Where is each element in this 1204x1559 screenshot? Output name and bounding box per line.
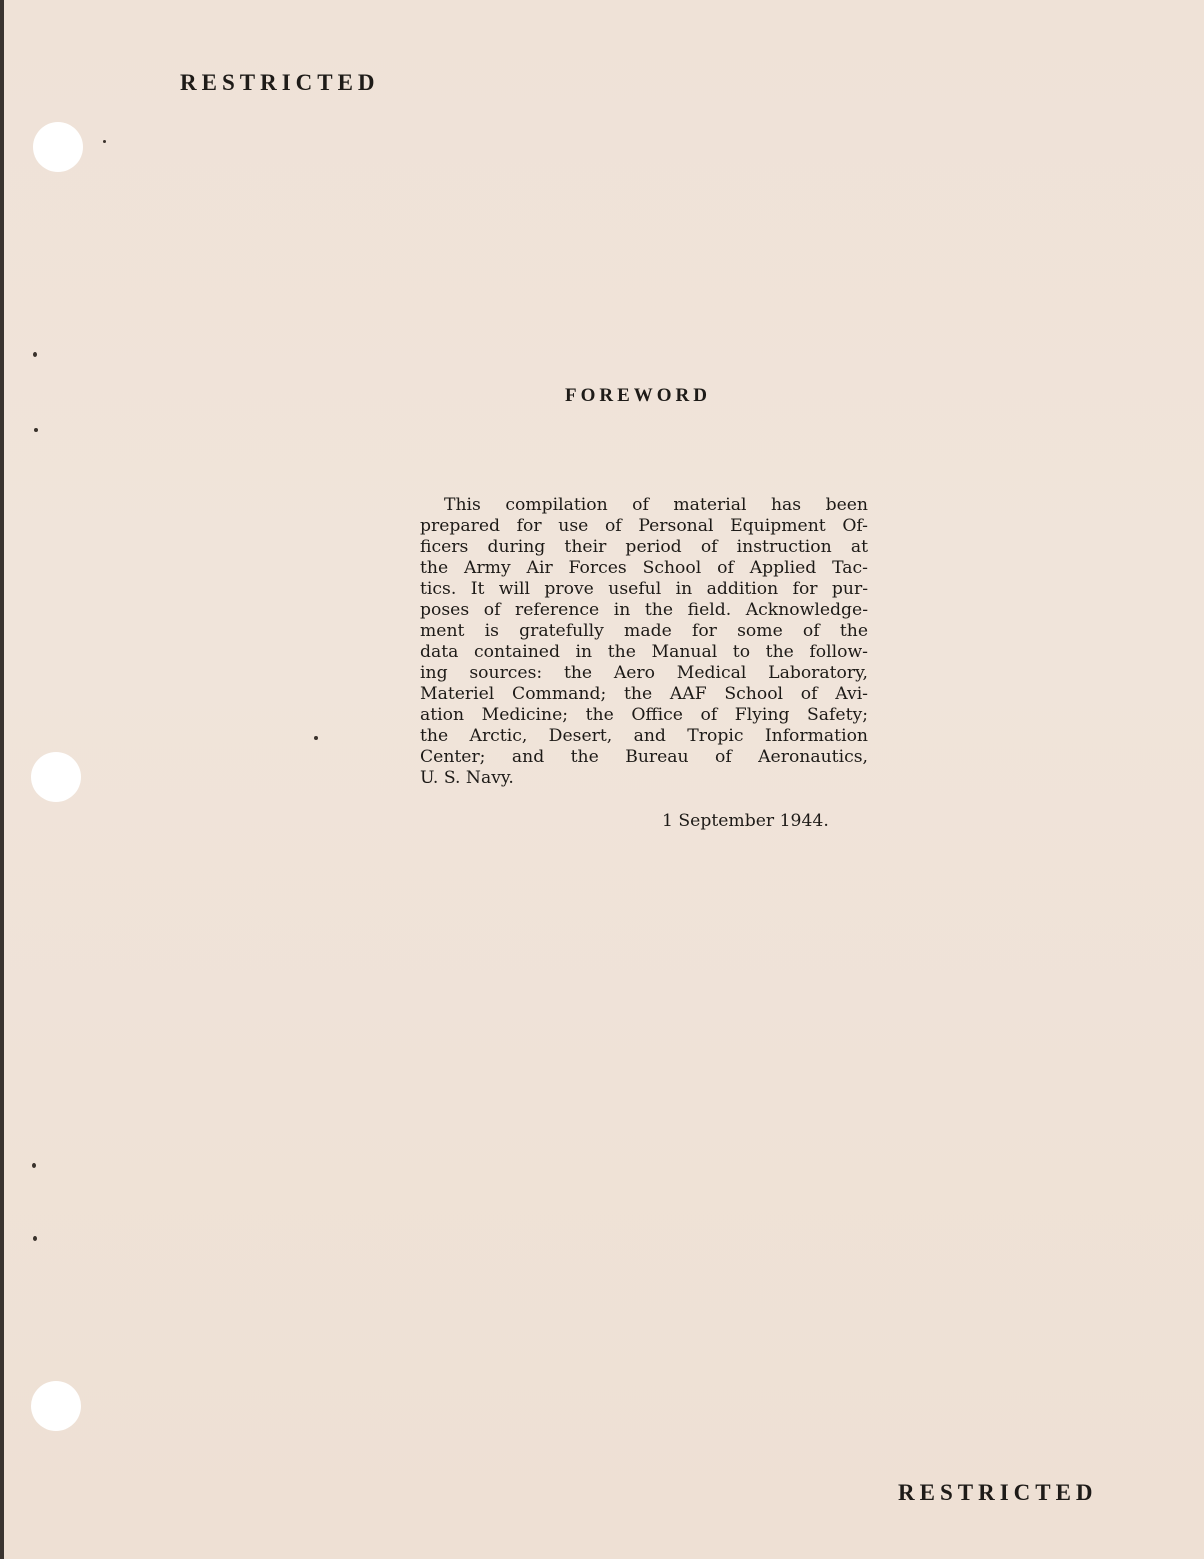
paper-speck (34, 428, 38, 432)
foreword-date: 1 September 1944. (662, 811, 829, 831)
classification-footer: RESTRICTED (898, 1480, 1098, 1506)
paragraph-line: prepared for use of Personal Equipment O… (420, 516, 868, 537)
punch-hole-bottom (31, 1381, 81, 1431)
classification-header: RESTRICTED (180, 70, 380, 96)
paper-speck (33, 1236, 37, 1241)
paper-speck (103, 140, 106, 143)
foreword-paragraph: This compilation of material has been pr… (420, 495, 868, 789)
paper-speck (314, 736, 318, 740)
punch-hole-top (33, 122, 83, 172)
paragraph-line: Materiel Command; the AAF School of Avi- (420, 684, 868, 705)
document-page: RESTRICTED FOREWORD This compilation of … (0, 0, 1204, 1559)
paragraph-line: ment is gratefully made for some of the (420, 621, 868, 642)
paragraph-line: poses of reference in the field. Acknowl… (420, 600, 868, 621)
paragraph-line: ation Medicine; the Office of Flying Saf… (420, 705, 868, 726)
paragraph-line: ficers during their period of instructio… (420, 537, 868, 558)
paragraph-line: ing sources: the Aero Medical Laboratory… (420, 663, 868, 684)
paragraph-line: This compilation of material has been (420, 495, 868, 516)
paragraph-line: Center; and the Bureau of Aeronautics, (420, 747, 868, 768)
paragraph-line: the Arctic, Desert, and Tropic Informati… (420, 726, 868, 747)
paragraph-line: the Army Air Forces School of Applied Ta… (420, 558, 868, 579)
paragraph-line: U. S. Navy. (420, 768, 868, 789)
punch-hole-middle (31, 752, 81, 802)
paper-speck (33, 352, 37, 357)
paragraph-line: tics. It will prove useful in addition f… (420, 579, 868, 600)
paragraph-line: data contained in the Manual to the foll… (420, 642, 868, 663)
paper-speck (32, 1163, 36, 1168)
page-edge (0, 0, 4, 1559)
page-title: FOREWORD (565, 385, 711, 407)
